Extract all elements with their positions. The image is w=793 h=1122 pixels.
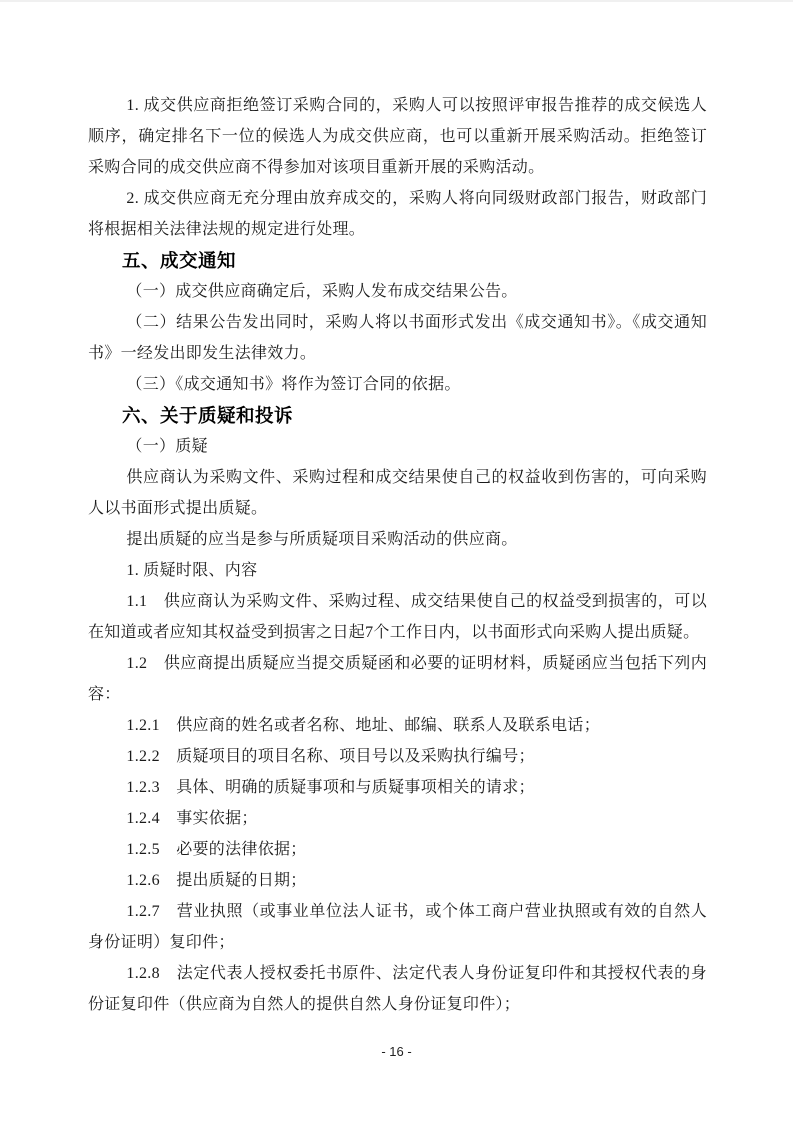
heading-section-6-query-complaint: 六、关于质疑和投诉: [88, 400, 707, 431]
para-5-3-notice-basis: （三）《成交通知书》将作为签订合同的依据。: [88, 369, 707, 400]
para-clause-1-2-6: 1.2.6 提出质疑的日期；: [88, 865, 707, 896]
para-clause-1-2-1: 1.2.1 供应商的姓名或者名称、地址、邮编、联系人及联系电话；: [88, 710, 707, 741]
para-abandon-award: 2. 成交供应商无充分理由放弃成交的，采购人将向同级财政部门报告，财政部门将根据…: [88, 183, 707, 245]
para-5-2-notice-issue: （二）结果公告发出同时，采购人将以书面形式发出《成交通知书》。《成交通知书》一经…: [88, 307, 707, 369]
para-clause-1-2-2: 1.2.2 质疑项目的项目名称、项目号以及采购执行编号；: [88, 741, 707, 772]
para-contract-refusal: 1. 成交供应商拒绝签订采购合同的，采购人可以按照评审报告推荐的成交候选人顺序，…: [88, 90, 707, 183]
document-page: 1. 成交供应商拒绝签订采购合同的，采购人可以按照评审报告推荐的成交候选人顺序，…: [0, 0, 793, 1122]
para-6-1-query-title: （一）质疑: [88, 431, 707, 462]
para-query-definition: 供应商认为采购文件、采购过程和成交结果使自己的权益收到伤害的，可向采购人以书面形…: [88, 462, 707, 524]
page-top-edge-divider: [0, 0, 793, 2]
document-content: 1. 成交供应商拒绝签订采购合同的，采购人可以按照评审报告推荐的成交候选人顺序，…: [88, 90, 707, 1020]
para-query-eligibility: 提出质疑的应当是参与所质疑项目采购活动的供应商。: [88, 524, 707, 555]
para-clause-1-2: 1.2 供应商提出质疑应当提交质疑函和必要的证明材料，质疑函应当包括下列内容：: [88, 648, 707, 710]
para-clause-1-2-8: 1.2.8 法定代表人授权委托书原件、法定代表人身份证复印件和其授权代表的身份证…: [88, 958, 707, 1020]
para-clause-1-2-5: 1.2.5 必要的法律依据；: [88, 834, 707, 865]
para-clause-1-2-7: 1.2.7 营业执照（或事业单位法人证书，或个体工商户营业执照或有效的自然人身份…: [88, 896, 707, 958]
para-clause-1-2-3: 1.2.3 具体、明确的质疑事项和与质疑事项相关的请求；: [88, 772, 707, 803]
para-clause-1-1: 1.1 供应商认为采购文件、采购过程、成交结果使自己的权益受到损害的，可以在知道…: [88, 586, 707, 648]
para-query-time-content: 1. 质疑时限、内容: [88, 555, 707, 586]
page-number: - 16 -: [0, 1044, 793, 1060]
para-5-1-result-announcement: （一）成交供应商确定后，采购人发布成交结果公告。: [88, 276, 707, 307]
para-clause-1-2-4: 1.2.4 事实依据；: [88, 803, 707, 834]
heading-section-5-award-notice: 五、成交通知: [88, 245, 707, 276]
